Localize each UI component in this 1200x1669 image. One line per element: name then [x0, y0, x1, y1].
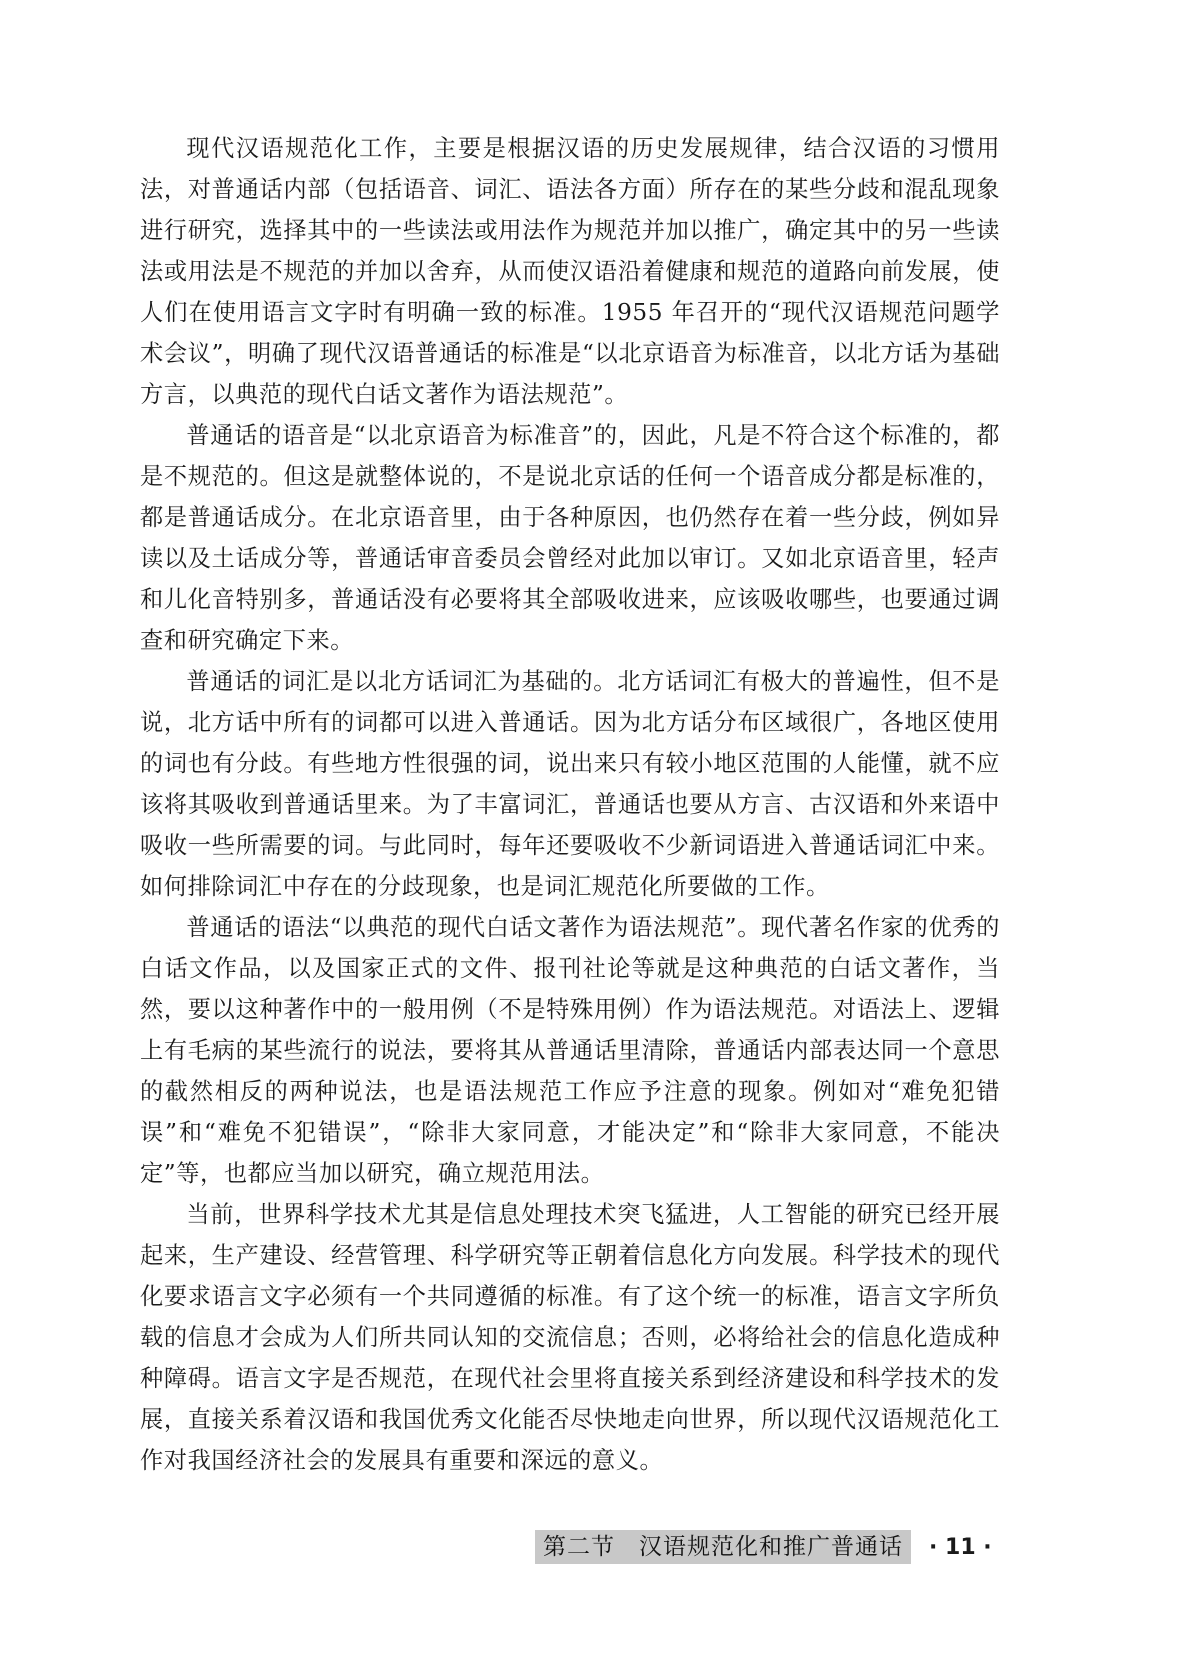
- section-label: 第二节 汉语规范化和推广普通话: [535, 1530, 911, 1564]
- paragraph-vocabulary: 普通话的词汇是以北方话词汇为基础的。北方话词汇有极大的普遍性，但不是说，北方话中…: [140, 661, 1000, 907]
- paragraph-standardization: 现代汉语规范化工作，主要是根据汉语的历史发展规律，结合汉语的习惯用法，对普通话内…: [140, 128, 1000, 415]
- page-number: · 11 ·: [929, 1535, 992, 1560]
- paragraph-grammar: 普通话的语法“以典范的现代白话文著作为语法规范”。现代著名作家的优秀的白话文作品…: [140, 907, 1000, 1194]
- paragraph-significance: 当前，世界科学技术尤其是信息处理技术突飞猛进，人工智能的研究已经开展起来，生产建…: [140, 1194, 1000, 1481]
- paragraph-phonetics: 普通话的语音是“以北京语音为标准音”的，因此，凡是不符合这个标准的，都是不规范的…: [140, 415, 1000, 661]
- page-footer: 第二节 汉语规范化和推广普通话 · 11 ·: [535, 1530, 992, 1564]
- document-body: 现代汉语规范化工作，主要是根据汉语的历史发展规律，结合汉语的习惯用法，对普通话内…: [140, 128, 1000, 1481]
